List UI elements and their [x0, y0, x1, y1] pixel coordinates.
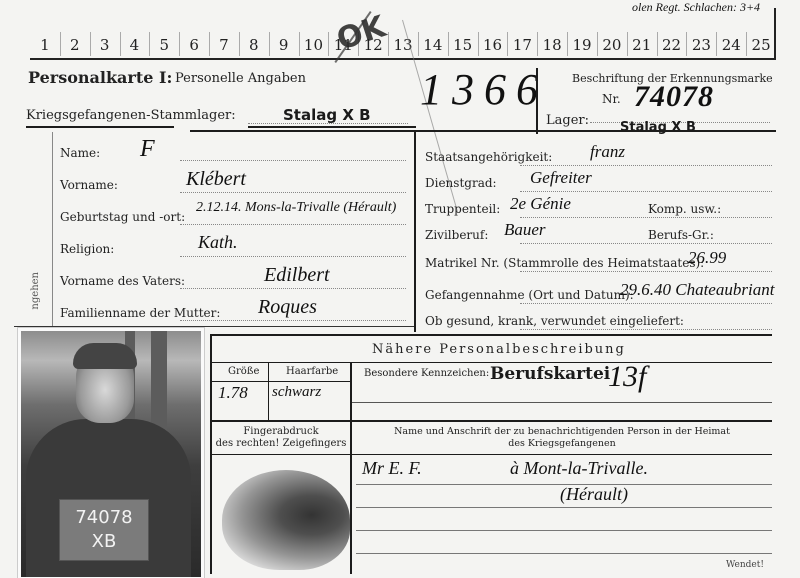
right-field-value: Bauer	[504, 220, 546, 240]
strip-number: 17	[507, 36, 537, 54]
left-field-label: Vorname:	[60, 178, 118, 192]
description-title: Nähere Personalbeschreibung	[372, 342, 626, 357]
card-subtitle: Personelle Angaben	[175, 71, 306, 86]
strip-divider	[299, 32, 300, 56]
strip-number: 2	[60, 36, 90, 54]
fingerprint-label-line-2: des rechten! Zeigefingers	[212, 438, 350, 450]
right-field-label: Staatsangehörigkeit:	[425, 150, 552, 164]
strip-divider	[149, 32, 150, 56]
left-field-value: Roques	[258, 296, 317, 319]
contact-label-line-2: des Kriegsgefangenen	[352, 438, 772, 450]
right-field-label: Gefangennahme (Ort und Datum):	[425, 288, 634, 302]
strip-divider	[448, 32, 449, 56]
contact-line-1b: à Mont-la-Trivalle.	[510, 458, 648, 479]
strip-divider	[60, 32, 61, 56]
strip-number: 22	[657, 36, 687, 54]
photo-sign-line-2: XB	[60, 530, 148, 554]
strip-number: 20	[597, 36, 627, 54]
nr-value: 74078	[634, 80, 714, 114]
lager-value: Stalag X B	[620, 120, 696, 135]
right-field-value: 26.99	[688, 248, 726, 268]
right-field-label: Dienstgrad:	[425, 176, 497, 190]
right-field-label: Ob gesund, krank, verwundet eingeliefert…	[425, 314, 684, 328]
strip-divider	[746, 32, 747, 56]
strip-divider	[478, 32, 479, 56]
strip-divider	[567, 32, 568, 56]
groesse-value: 1.78	[218, 383, 248, 403]
strip-number: 4	[119, 36, 149, 54]
fingerprint-label-line-1: Fingerabdruck	[212, 426, 350, 438]
strip-divider	[209, 32, 210, 56]
left-field-value: 2.12.14. Mons-la-Trivalle (Hérault)	[196, 200, 396, 216]
fingerprint-label: Fingerabdruck des rechten! Zeigefingers	[212, 426, 350, 450]
right-field-extra-label: Komp. usw.:	[648, 202, 721, 216]
prisoner-photo: 74078 XB	[18, 328, 204, 578]
left-field-label: Name:	[60, 146, 100, 160]
strip-divider	[627, 32, 628, 56]
groesse-label: Größe	[228, 366, 259, 377]
strip-number: 19	[567, 36, 597, 54]
strip-number: 24	[716, 36, 746, 54]
left-field-value: Edilbert	[264, 264, 330, 287]
strip-divider	[537, 32, 538, 56]
haarfarbe-label: Haarfarbe	[286, 366, 338, 377]
strip-divider	[328, 32, 329, 56]
lager-label: Lager:	[546, 113, 589, 128]
strip-divider	[597, 32, 598, 56]
top-note: olen Regt. Schlachen: 3+4	[632, 0, 760, 15]
strip-divider	[269, 32, 270, 56]
strip-number: 21	[627, 36, 657, 54]
strip-number: 25	[746, 36, 776, 54]
strip-divider	[686, 32, 687, 56]
strip-number: 7	[209, 36, 239, 54]
right-field-extra-label: Berufs-Gr.:	[648, 228, 714, 242]
contact-label-line-1: Name und Anschrift der zu benachrichtige…	[352, 426, 772, 438]
footer-word: Wendet!	[726, 560, 764, 570]
kennzeichen-stamp: Berufskartei	[490, 364, 610, 384]
strip-number: 16	[478, 36, 508, 54]
contact-label: Name und Anschrift der zu benachrichtige…	[352, 426, 772, 450]
kennzeichen-label: Besondere Kennzeichen:	[364, 368, 489, 379]
strip-divider	[179, 32, 180, 56]
strip-divider	[418, 32, 419, 56]
right-field-label: Zivilberuf:	[425, 228, 488, 242]
strip-number: 8	[239, 36, 269, 54]
right-field-label: Matrikel Nr. (Stammrolle des Heimatstaat…	[425, 256, 704, 270]
stammlager-label: Kriegsgefangenen-Stammlager:	[26, 108, 236, 123]
strip-divider	[507, 32, 508, 56]
left-field-label: Geburtstag und -ort:	[60, 210, 185, 224]
left-field-label: Vorname des Vaters:	[60, 274, 185, 288]
strip-number: 14	[418, 36, 448, 54]
strip-end-rule	[774, 8, 776, 58]
fingerprint-image	[222, 470, 350, 570]
left-field-value: Kath.	[198, 232, 238, 253]
strip-number: 18	[537, 36, 567, 54]
right-field-value: Gefreiter	[530, 168, 592, 188]
left-field-value: Klébert	[186, 168, 246, 191]
strip-number: 6	[179, 36, 209, 54]
right-field-label: Truppenteil:	[425, 202, 500, 216]
nr-label: Nr.	[602, 92, 621, 106]
photo-sign: 74078 XB	[59, 499, 149, 561]
strip-number: 10	[298, 36, 328, 54]
handwritten-number: 1366	[420, 64, 548, 115]
kennzeichen-value: 13f	[608, 360, 646, 394]
photo-sign-line-1: 74078	[60, 506, 148, 530]
strip-divider	[239, 32, 240, 56]
strip-number: 15	[448, 36, 478, 54]
side-label: ngehen	[30, 272, 41, 310]
photo-hair	[73, 343, 137, 369]
right-field-value: 2e Génie	[510, 194, 571, 214]
card-title: Personalkarte I:	[28, 68, 172, 87]
strip-divider	[120, 32, 121, 56]
contact-line-2: (Hérault)	[560, 484, 628, 505]
strip-number: 1	[30, 36, 60, 54]
left-field-label: Familienname der Mutter:	[60, 306, 220, 320]
strip-divider	[716, 32, 717, 56]
number-strip: 1234567891011121314151617181920212223242…	[30, 30, 776, 60]
strip-number: 5	[149, 36, 179, 54]
left-field-label: Religion:	[60, 242, 114, 256]
contact-line-1a: Mr E. F.	[362, 458, 422, 479]
strip-number: 3	[90, 36, 120, 54]
right-field-value: 29.6.40 Chateaubriant	[620, 280, 774, 300]
left-field-value: F	[140, 136, 155, 163]
strip-number: 23	[686, 36, 716, 54]
strip-divider	[90, 32, 91, 56]
stammlager-value: Stalag X B	[283, 106, 371, 124]
haarfarbe-value: schwarz	[272, 384, 321, 401]
strip-divider	[657, 32, 658, 56]
right-field-value: franz	[590, 142, 625, 162]
strip-number: 9	[269, 36, 299, 54]
